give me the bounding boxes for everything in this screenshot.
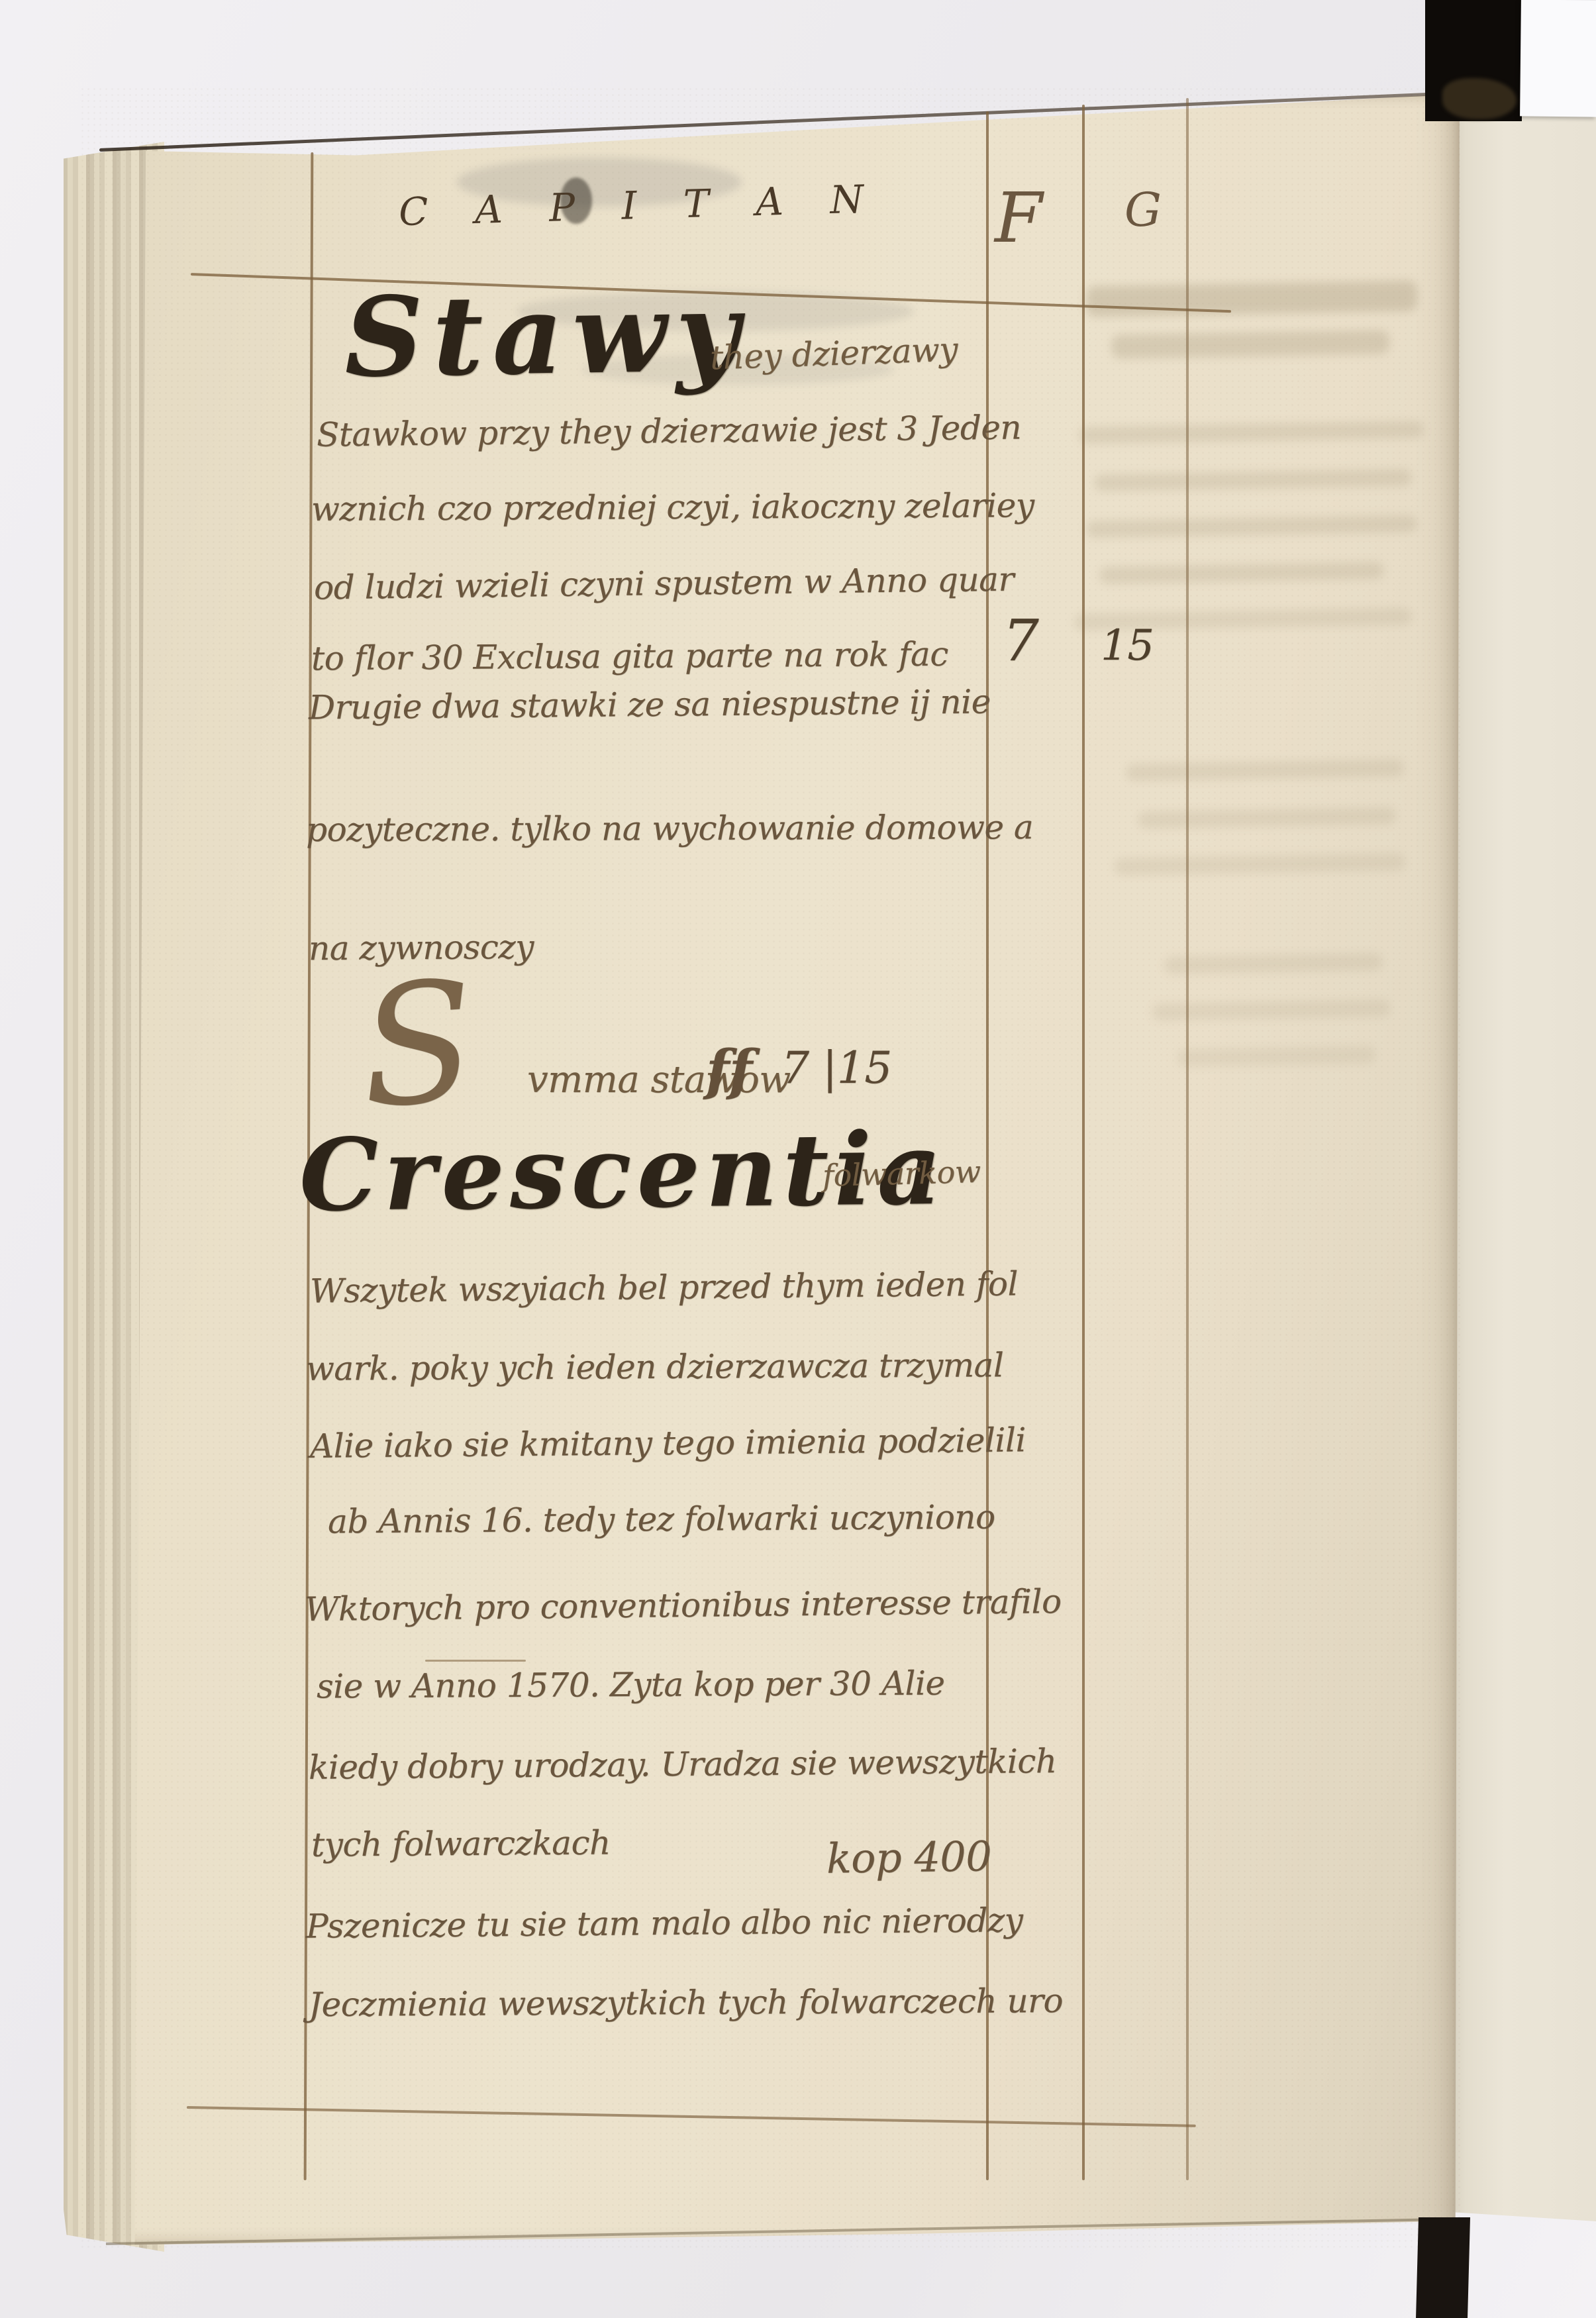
section-heading-stawy: Stawy xyxy=(344,268,750,402)
column-header-g: G xyxy=(1124,183,1162,237)
manuscript-line: tych folwarczkach xyxy=(311,1823,611,1864)
column-g-left-rule xyxy=(1082,105,1085,2180)
amount-kop-400: kop 400 xyxy=(826,1832,992,1882)
summa-initial-flourish: S xyxy=(354,944,481,1144)
manuscript-line: Stawkow przy they dzierzawie jest 3 Jede… xyxy=(317,408,1022,454)
right-margin-rule xyxy=(1186,98,1189,2180)
manuscript-line: Wktorych pro conventionibus interesse tr… xyxy=(305,1582,1062,1629)
manuscript-line: wark. poky ych ieden dzierzawcza trzymal xyxy=(306,1346,1004,1388)
showthrough-ghost xyxy=(1086,281,1418,317)
manuscript-line: to flor 30 Exclusa gita parte na rok fac xyxy=(311,635,948,678)
showthrough-ghost xyxy=(1177,1046,1376,1066)
background-card xyxy=(1520,0,1596,117)
column-header-f: F xyxy=(995,177,1042,258)
manuscript-line: Alie iako sie kmitany tego imienia podzi… xyxy=(310,1421,1026,1465)
manuscript-line: wznich czo przedniej czyi, iakoczny zela… xyxy=(311,486,1034,529)
crescentia-heading-annotation: folwarkow xyxy=(822,1154,981,1193)
manuscript-line: ab Annis 16. tedy tez folwarki uczyniono xyxy=(328,1497,995,1540)
manuscript-line: kiedy dobry urodzay. Uradza sie wewszytk… xyxy=(309,1742,1057,1787)
margin-value-g: 15 xyxy=(1101,621,1154,670)
bookmark-ribbon xyxy=(1416,2217,1470,2318)
manuscript-line: Drugie dwa stawki ze sa niespustne ij ni… xyxy=(309,683,991,727)
manuscript-line: Pszenicze tu sie tam malo albo nic niero… xyxy=(306,1901,1023,1945)
manuscript-line: Wszytek wszyiach bel przed thym ieden fo… xyxy=(310,1264,1018,1310)
manuscript-line: sie w Anno 1570. Zyta kop per 30 Alie xyxy=(317,1664,945,1706)
manuscript-line: pozyteczne. tylko na wychowanie domowe a xyxy=(306,808,1033,849)
overline-1570 xyxy=(425,1660,526,1662)
summa-value: 7 |15 xyxy=(781,1042,892,1093)
summa-unit-ff: ff xyxy=(706,1038,752,1102)
margin-value-f: 7 xyxy=(1003,608,1038,674)
showthrough-ghost xyxy=(1111,330,1390,358)
manuscript-line: Jeczmienia wewszytkich tych folwarczech … xyxy=(309,1982,1063,2024)
